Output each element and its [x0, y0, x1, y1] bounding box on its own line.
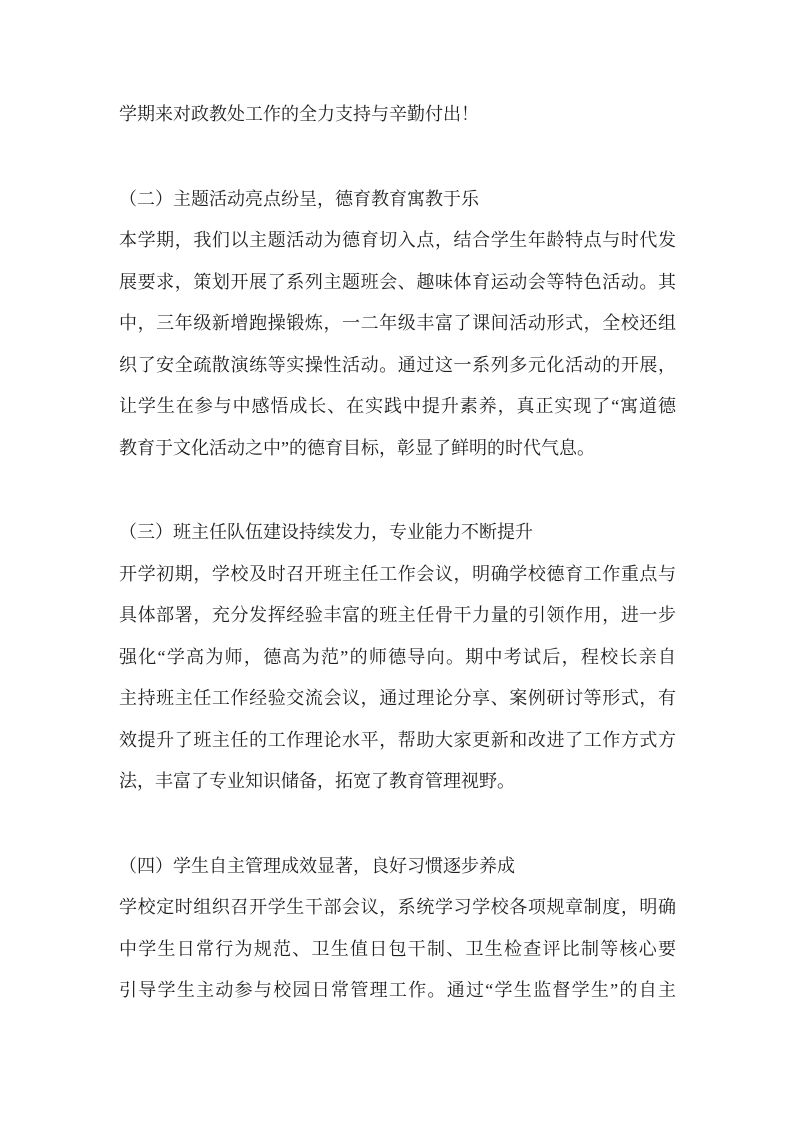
paragraph-line: 开学初期，学校及时召开班主任工作会议，明确学校德育工作重点与 [119, 554, 676, 596]
paragraph-line: 学校定时组织召开学生干部会议，系统学习学校各项规章制度，明确 [119, 887, 676, 929]
paragraph-line: 本学期，我们以主题活动为德育切入点，结合学生年龄特点与时代发 [119, 220, 676, 262]
paragraph-line: 具体部署，充分发挥经验丰富的班主任骨干力量的引领作用，进一步 [119, 595, 676, 637]
intro-paragraph-line: 学期来对政教处工作的全力支持与辛勤付出！ [119, 94, 676, 136]
paragraph-line: 让学生在参与中感悟成长、在实践中提升素养，真正实现了“寓道德 [119, 386, 676, 428]
section-3: （三）班主任队伍建设持续发力，专业能力不断提升 开学初期，学校及时召开班主任工作… [119, 512, 676, 803]
section-4: （四）学生自主管理成效显著，良好习惯逐步养成 学校定时组织召开学生干部会议，系统… [119, 846, 676, 1012]
paragraph-line: 主持班主任工作经验交流会议，通过理论分享、案例研讨等形式，有 [119, 678, 676, 720]
section-2: （二）主题活动亮点纷呈，德育教育寓教于乐 本学期，我们以主题活动为德育切入点，结… [119, 179, 676, 470]
paragraph-line: 织了安全疏散演练等实操性活动。通过这一系列多元化活动的开展， [119, 345, 676, 387]
paragraph-line: 中，三年级新增跑操锻炼，一二年级丰富了课间活动形式，全校还组 [119, 303, 676, 345]
section-2-heading: （二）主题活动亮点纷呈，德育教育寓教于乐 [119, 179, 676, 221]
document-body: 学期来对政教处工作的全力支持与辛勤付出！ （二）主题活动亮点纷呈，德育教育寓教于… [119, 94, 676, 1012]
document-page: { "page": { "background": "#ffffff", "te… [0, 0, 793, 1122]
paragraph-line: 展要求，策划开展了系列主题班会、趣味体育运动会等特色活动。其 [119, 262, 676, 304]
paragraph-last-line: 教育于文化活动之中”的德育目标，彰显了鲜明的时代气息。 [119, 428, 676, 470]
paragraph-last-line: 法，丰富了专业知识储备，拓宽了教育管理视野。 [119, 761, 676, 803]
paragraph-line: 中学生日常行为规范、卫生值日包干制、卫生检查评比制等核心要求， [119, 929, 676, 971]
paragraph-line: 强化“学高为师，德高为范”的师德导向。期中考试后，程校长亲自 [119, 637, 676, 679]
paragraph-line: 效提升了班主任的工作理论水平，帮助大家更新和改进了工作方式方 [119, 720, 676, 762]
section-4-heading: （四）学生自主管理成效显著，良好习惯逐步养成 [119, 846, 676, 888]
paragraph-line: 引导学生主动参与校园日常管理工作。通过“学生监督学生”的自主 [119, 970, 676, 1012]
section-3-heading: （三）班主任队伍建设持续发力，专业能力不断提升 [119, 512, 676, 554]
